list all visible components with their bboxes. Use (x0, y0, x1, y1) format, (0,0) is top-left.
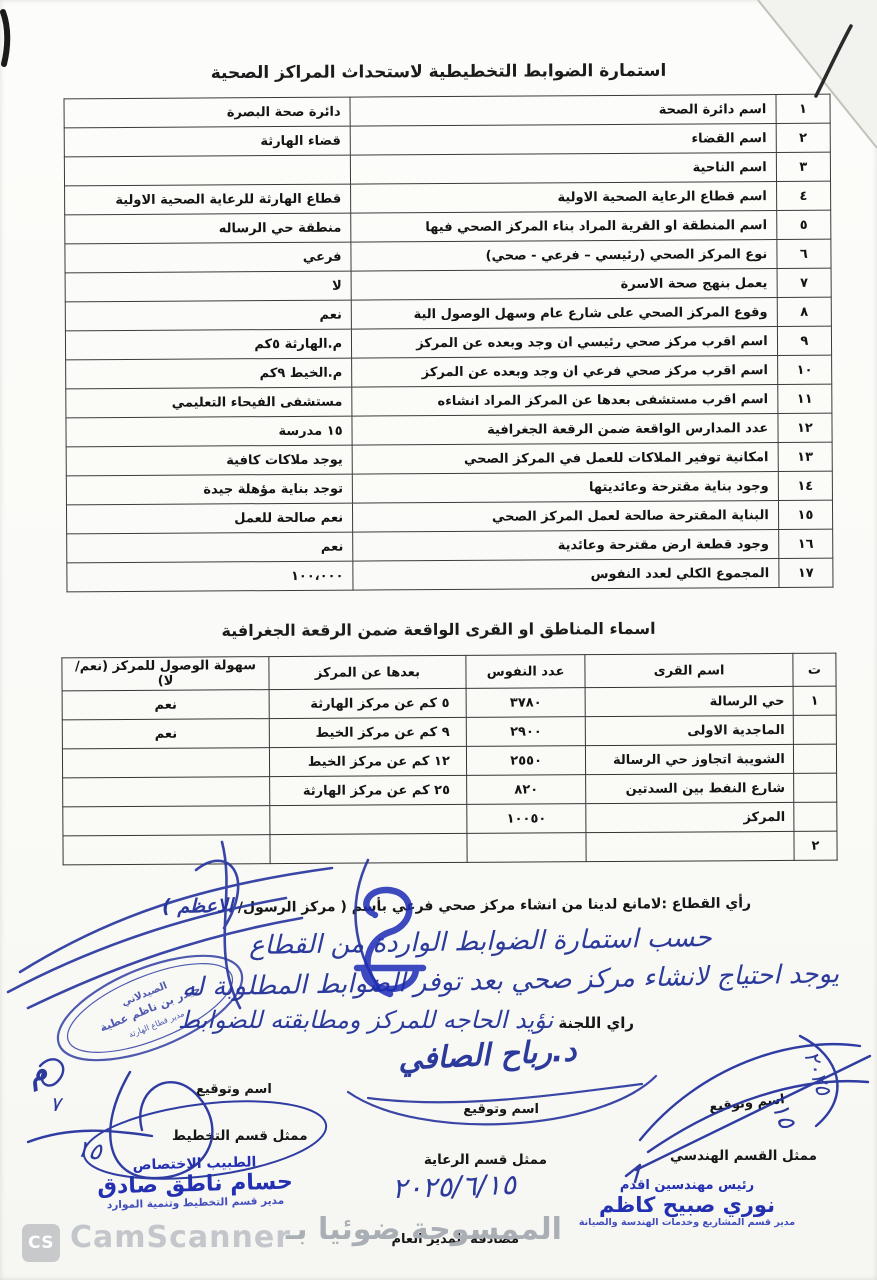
village-name: المركز (586, 802, 794, 832)
engineering-stamp: رئيس مهندسين اقدم نوري صبيح كاظم مدير قس… (537, 1178, 837, 1228)
villages-header-cell: ت (793, 653, 836, 686)
village-distance: ٥ كم عن مركز الهارثة (269, 688, 466, 718)
handwritten-note-1: حسب استمارة الضوابط الواردة من القطاع (249, 923, 712, 961)
handwritten-date: ٢٠٢٥/٦/١٥ (391, 1168, 516, 1205)
village-row-number: ١ (793, 686, 836, 715)
form-row-value: م.الهارثة ٥كم (65, 329, 351, 360)
form-row-number: ٨ (777, 297, 831, 326)
village-access (63, 835, 270, 865)
form-row-label: وقوع المركز الصحي على شارع عام وسهل الوص… (351, 297, 777, 329)
engineering-stamp-name: نوري صبيح كاظم (537, 1193, 837, 1217)
village-row-number (793, 744, 836, 773)
form-row-value: يوجد ملاكات كافية (66, 445, 352, 476)
form-row-label: امكانية توفير الملاكات للعمل في المركز ا… (352, 442, 778, 474)
left-handwritten-mark-1: م (23, 1053, 52, 1092)
form-row-label: نوع المركز الصحي (رئيسي – فرعي - صحي) (351, 239, 777, 271)
villages-table-row: ٢ (63, 831, 837, 865)
form-row-label: وجود قطعة ارض مقترحة وعائدية (353, 529, 779, 561)
village-access: نعم (62, 690, 269, 720)
village-distance: ١٢ كم عن مركز الخيط (270, 746, 467, 776)
village-access (63, 806, 270, 836)
form-row-value: فرعي (65, 242, 351, 273)
signature-care-dept (348, 1076, 656, 1124)
village-name: الماجدية الاولى (586, 715, 794, 745)
form-row-number: ٢ (776, 123, 830, 152)
form-table-row: ١٠اسم اقرب مركز صحي فرعي ان وجد وبعده عن… (66, 355, 832, 389)
form-table-row: ٧يعمل بنهج صحة الاسرةلا (65, 268, 831, 302)
right-role-label: ممثل القسم الهندسي (670, 1148, 817, 1164)
form-table-row: ١٢عدد المدارس الواقعة ضمن الرقعة الجغراف… (66, 413, 832, 447)
committee-opinion-handwritten: نؤيد الحاجه للمركز ومطابقته للضوابط (178, 1006, 553, 1034)
form-table-row: ١١اسم اقرب مستشفى بعدها عن المركز المراد… (66, 384, 832, 418)
village-population: ٣٧٨٠ (466, 688, 586, 718)
village-population: ٢٩٠٠ (466, 717, 586, 747)
form-table-row: ١٥البناية المقترحة صالحة لعمل المركز الص… (66, 500, 832, 534)
form-row-number: ١٤ (778, 471, 832, 500)
sector-opinion-line: رأي القطاع :لامانع لدينا من انشاء مركز ص… (162, 890, 751, 917)
form-row-number: ١٥ (778, 500, 832, 529)
form-row-value: ١٠٠،٠٠٠ (67, 561, 353, 592)
form-row-value: م.الخيط ٩كم (66, 358, 352, 389)
form-row-label: يعمل بنهج صحة الاسرة (351, 268, 777, 300)
form-row-value: نعم صالحة للعمل (66, 503, 352, 534)
village-population: ٢٥٥٠ (466, 746, 586, 776)
planning-controls-table: ١اسم دائرة الصحةدائرة صحة البصرة٢اسم الق… (63, 94, 833, 593)
village-row-number: ٢ (794, 831, 837, 860)
form-row-value: لا (65, 271, 351, 302)
left-role-label: ممثل قسم التخطيط (172, 1128, 308, 1144)
camscanner-watermark-arabic: الممسوحة ضوئيا بـ (286, 1212, 562, 1247)
form-table-row: ٥اسم المنطقة او القرية المراد بناء المرك… (65, 210, 831, 244)
form-row-label: البناية المقترحة صالحة لعمل المركز الصحي (353, 500, 779, 532)
form-row-label: اسم القضاء (350, 123, 776, 155)
handwritten-note-2: يوجد احتياج لانشاء مركز صحي بعد توفر الض… (182, 959, 840, 1003)
form-row-label: اسم دائرة الصحة (350, 94, 776, 126)
village-distance: ٩ كم عن مركز الخيط (269, 717, 466, 747)
middle-name-label: اسم وتوقيع (463, 1102, 539, 1117)
form-row-label: اسم اقرب مستشفى بعدها عن المركز المراد ا… (352, 384, 778, 416)
camscanner-logo: CS (22, 1224, 60, 1262)
left-name-label: اسم وتوقيع (196, 1082, 272, 1097)
villages-table: تاسم القرىعدد النفوسبعدها عن المركزسهولة… (61, 653, 837, 866)
form-row-number: ١٦ (778, 529, 832, 558)
engineering-stamp-role: مدير قسم المشاريع وخدمات الهندسة والصيان… (537, 1217, 837, 1228)
form-row-value: نعم (67, 532, 353, 563)
scanned-document-page: استمارة الضوابط التخطيطية لاستحداث المرا… (0, 0, 877, 1280)
village-name: حي الرسالة (585, 686, 793, 716)
villages-table-row: شارع النفط بين السدتين٨٢٠٢٥ كم عن مركز ا… (63, 773, 837, 807)
form-row-number: ١٣ (778, 442, 832, 471)
villages-section-title: اسماء المناطق او القرى الواقعة ضمن الرقع… (0, 618, 877, 642)
village-access: نعم (62, 719, 269, 749)
form-row-number: ١٢ (778, 413, 832, 442)
form-table-row: ١٣امكانية توفير الملاكات للعمل في المركز… (66, 442, 832, 476)
sector-opinion-printed: رأي القطاع :لامانع لدينا من انشاء مركز ص… (238, 895, 751, 915)
form-table-row: ٣اسم الناحية (64, 152, 830, 186)
form-row-label: اسم المنطقة او القرية المراد بناء المركز… (351, 210, 777, 242)
form-table-row: ٩اسم اقرب مركز صحي رئيسي ان وجد وبعده عن… (65, 326, 831, 360)
form-table-row: ٦نوع المركز الصحي (رئيسي – فرعي - صحي)فر… (65, 239, 831, 273)
committee-opinion-label: راي اللجنة (558, 1014, 634, 1032)
form-row-value: ١٥ مدرسة (66, 416, 352, 447)
left-handwritten-mark-2: ٧ (50, 1092, 61, 1116)
form-row-number: ٤ (776, 181, 830, 210)
left-handwritten-mark-3: ١٥ (74, 1134, 104, 1166)
village-distance: ٢٥ كم عن مركز الهارثة (270, 775, 467, 805)
form-table-row: ١٧المجموع الكلي لعدد النفوس١٠٠،٠٠٠ (67, 558, 833, 592)
form-table-row: ١٦وجود قطعة ارض مقترحة وعائديةنعم (67, 529, 833, 563)
village-access (62, 748, 269, 778)
signature-name-middle: د.رباح الصافي (398, 1033, 578, 1077)
village-row-number (794, 802, 837, 831)
villages-table-row: الشويبة اتجاوز حي الرسالة٢٥٥٠١٢ كم عن مر… (62, 744, 836, 778)
form-table-row: ١٤وجود بناية مقترحة وعائديتهاتوجد بناية … (66, 471, 832, 505)
document-title: استمارة الضوابط التخطيطية لاستحداث المرا… (0, 60, 877, 85)
form-table-row: ٤اسم قطاع الرعاية الصحية الاوليةقطاع اله… (65, 181, 831, 215)
form-row-number: ٧ (777, 268, 831, 297)
village-distance (270, 833, 467, 863)
form-row-number: ٩ (777, 326, 831, 355)
form-row-value: مستشفى الفيحاء التعليمي (66, 387, 352, 418)
sector-opinion-handwritten: الاعظم ) (162, 895, 233, 918)
form-row-value: نعم (65, 300, 351, 331)
village-population: ٨٢٠ (466, 775, 586, 805)
village-access (63, 777, 270, 807)
form-row-value (64, 155, 350, 186)
village-distance (270, 804, 467, 834)
camscanner-logo-text: CS (28, 1233, 54, 1253)
form-row-label: عدد المدارس الواقعة ضمن الرقعة الجغرافية (352, 413, 778, 445)
right-handwritten-mark-1: ٢٠٢٥ (799, 1048, 836, 1098)
village-row-number (793, 773, 836, 802)
village-name: شارع النفط بين السدتين (586, 773, 794, 803)
form-table-row: ١اسم دائرة الصحةدائرة صحة البصرة (64, 94, 830, 128)
form-row-label: اسم اقرب مركز صحي رئيسي ان وجد وبعده عن … (351, 326, 777, 358)
form-row-label: المجموع الكلي لعدد النفوس (353, 558, 779, 590)
engineering-stamp-title: رئيس مهندسين اقدم (537, 1178, 837, 1193)
form-table-row: ٢اسم القضاءقضاء الهارثة (64, 123, 830, 157)
form-row-number: ٦ (777, 239, 831, 268)
villages-table-row: الماجدية الاولى٢٩٠٠٩ كم عن مركز الخيطنعم (62, 715, 836, 749)
form-row-value: قطاع الهارثة للرعاية الصحية الاولية (65, 184, 351, 215)
form-table-row: ٨وقوع المركز الصحي على شارع عام وسهل الو… (65, 297, 831, 331)
form-row-number: ١٧ (779, 558, 833, 587)
pharmacist-stamp-title: الصيدلاني (120, 980, 169, 1008)
form-row-value: منطقة حي الرساله (65, 213, 351, 244)
villages-header-cell: سهولة الوصول للمركز (نعم/لا) (62, 657, 269, 691)
form-row-label: اسم قطاع الرعاية الصحية الاولية (351, 181, 777, 213)
villages-header-cell: عدد النفوس (466, 655, 586, 689)
form-row-number: ١٠ (777, 355, 831, 384)
middle-role-label: ممثل قسم الرعاية (424, 1152, 547, 1168)
form-row-number: ١١ (778, 384, 832, 413)
form-row-label: اسم الناحية (350, 152, 776, 184)
villages-table-row: المركز١٠٠٥٠ (63, 802, 837, 836)
village-row-number (793, 715, 836, 744)
camscanner-watermark-latin: CamScanner (70, 1220, 291, 1255)
village-name: الشويبة اتجاوز حي الرسالة (586, 744, 794, 774)
villages-header-cell: بعدها عن المركز (269, 655, 466, 689)
pen-mark-top-left (3, 12, 7, 64)
village-name (586, 831, 794, 861)
form-row-label: وجود بناية مقترحة وعائديتها (352, 471, 778, 503)
villages-table-row: ١حي الرسالة٣٧٨٠٥ كم عن مركز الهارثةنعم (62, 686, 836, 720)
village-population: ١٠٠٥٠ (467, 804, 587, 834)
form-row-number: ٥ (776, 210, 830, 239)
villages-header-row: تاسم القرىعدد النفوسبعدها عن المركزسهولة… (62, 653, 836, 691)
villages-header-cell: اسم القرى (585, 653, 793, 687)
form-row-value: دائرة صحة البصرة (64, 97, 350, 128)
village-population (467, 833, 587, 863)
form-row-label: اسم اقرب مركز صحي فرعي ان وجد وبعده عن ا… (352, 355, 778, 387)
form-row-value: توجد بناية مؤهلة جيدة (66, 474, 352, 505)
form-row-number: ١ (776, 94, 830, 123)
form-row-value: قضاء الهارثة (64, 126, 350, 157)
form-row-number: ٣ (776, 152, 830, 181)
